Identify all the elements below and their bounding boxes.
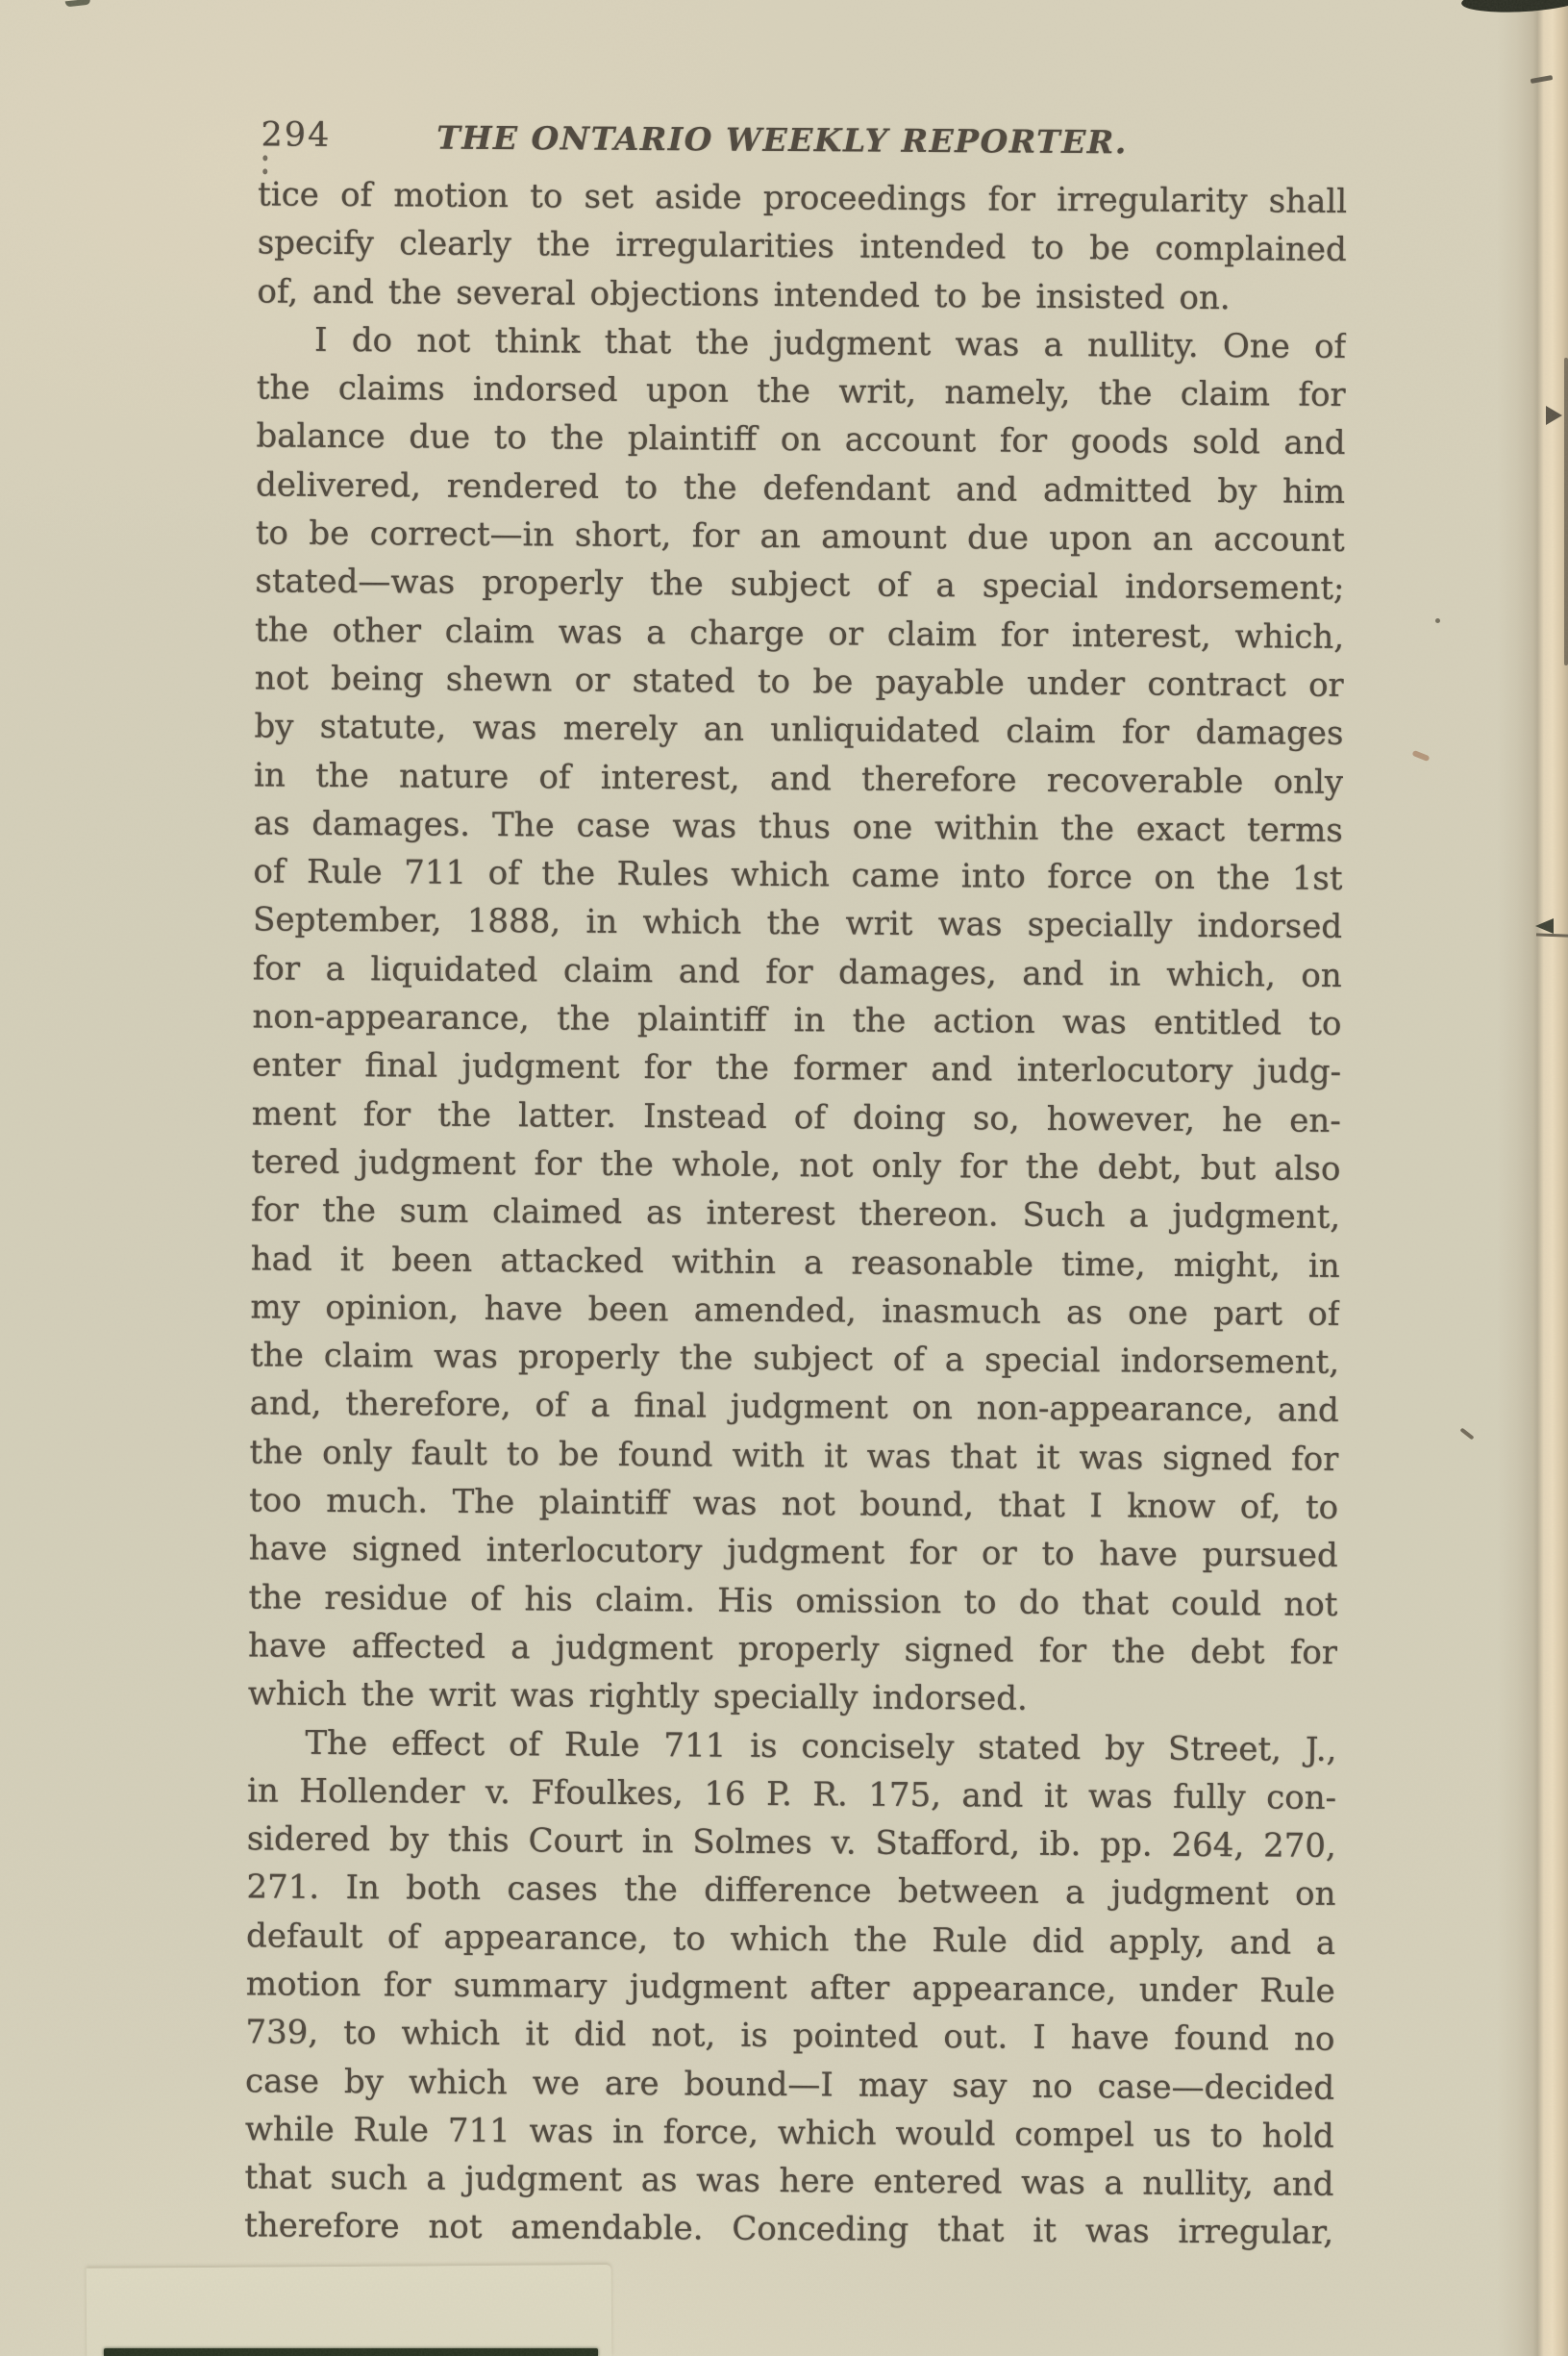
text-line: I do not think that the judgment was a n… bbox=[257, 315, 1346, 371]
text-line: that such a judgment as was here entered… bbox=[244, 2153, 1333, 2209]
text-line: have affected a judgment properly signed… bbox=[248, 1621, 1337, 1677]
page-edge-shadow bbox=[1497, 0, 1568, 2356]
text-line: sidered by this Court in Solmes v. Staff… bbox=[247, 1815, 1336, 1870]
text-line: enter final judgment for the former and … bbox=[252, 1041, 1341, 1097]
text-line: in Hollender v. Ffoulkes, 16 P. R. 175, … bbox=[247, 1767, 1336, 1822]
text-line: non-appearance, the plaintiff in the act… bbox=[252, 992, 1341, 1048]
page-edge-line bbox=[1564, 358, 1568, 665]
text-line: the claim was properly the subject of a … bbox=[250, 1331, 1339, 1387]
printed-content: 294 THE ONTARIO WEEKLY REPORTER. tice of… bbox=[0, 0, 1568, 2356]
running-title: THE ONTARIO WEEKLY REPORTER. bbox=[258, 117, 1306, 162]
text-line: of Rule 711 of the Rules which came into… bbox=[253, 847, 1342, 903]
underlying-page-edge bbox=[87, 2265, 612, 2356]
text-line: by statute, was merely an unliquidated c… bbox=[254, 703, 1343, 759]
scanned-book-page-screenshot: { "page": { "number": "294", "title": "T… bbox=[0, 0, 1568, 2356]
book-page: 294 THE ONTARIO WEEKLY REPORTER. tice of… bbox=[0, 0, 1568, 2356]
text-line: for a liquidated claim and for damages, … bbox=[253, 944, 1342, 1000]
text-line: and, therefore, of a final judgment on n… bbox=[250, 1380, 1339, 1436]
text-line: my opinion, have been amended, inasmuch … bbox=[250, 1283, 1339, 1339]
text-line: delivered, rendered to the defendant and… bbox=[256, 461, 1345, 516]
text-line: the claims indorsed upon the writ, namel… bbox=[257, 364, 1346, 420]
text-line: ment for the latter. Instead of doing so… bbox=[252, 1090, 1341, 1145]
text-line: 739, to which it did not, is pointed out… bbox=[245, 2009, 1334, 2065]
text-line: while Rule 711 was in force, which would… bbox=[245, 2105, 1334, 2161]
text-line: default of appearance, to which the Rule… bbox=[246, 1912, 1335, 1968]
text-line: not being shewn or stated to be payable … bbox=[255, 654, 1344, 710]
text-line: of, and the several objections intended … bbox=[257, 267, 1346, 323]
text-line: tice of motion to set aside proceedings … bbox=[258, 170, 1347, 226]
text-line: case by which we are bound—I may say no … bbox=[245, 2057, 1334, 2113]
text-line: stated—was properly the subject of a spe… bbox=[255, 558, 1344, 614]
text-line: 271. In both cases the difference betwee… bbox=[246, 1864, 1335, 1919]
paragraph: tice of motion to set aside proceedings … bbox=[257, 170, 1347, 322]
text-line: tered judgment for the whole, not only f… bbox=[251, 1138, 1340, 1193]
text-line: had it been attacked within a reasonable… bbox=[251, 1235, 1340, 1291]
ink-speck bbox=[262, 155, 267, 161]
text-line: balance due to the plaintiff on account … bbox=[256, 413, 1345, 468]
text-line: the other claim was a charge or claim fo… bbox=[255, 606, 1344, 662]
text-line: therefore not amendable. Conceding that … bbox=[244, 2202, 1333, 2258]
text-line: for the sum claimed as interest thereon.… bbox=[251, 1187, 1340, 1242]
text-line: the only fault to be found with it was t… bbox=[249, 1428, 1338, 1484]
text-line: The effect of Rule 711 is concisely stat… bbox=[247, 1718, 1336, 1774]
text-line: in the nature of interest, and therefore… bbox=[254, 751, 1343, 807]
text-line: motion for summary judgment after appear… bbox=[246, 1960, 1335, 2016]
paragraph: The effect of Rule 711 is concisely stat… bbox=[244, 1718, 1337, 2258]
text-line: the residue of his claim. His omission t… bbox=[248, 1573, 1337, 1629]
text-line: too much. The plaintiff was not bound, t… bbox=[249, 1476, 1338, 1532]
text-line: which the writ was rightly specially ind… bbox=[248, 1670, 1337, 1726]
text-line: to be correct—in short, for an amount du… bbox=[256, 509, 1345, 564]
text-line: September, 1888, in which the writ was s… bbox=[253, 896, 1342, 952]
text-line: specify clearly the irregularities inten… bbox=[258, 219, 1347, 275]
text-line: as damages. The case was thus one within… bbox=[254, 799, 1343, 855]
book-cover-edge bbox=[104, 2348, 598, 2356]
text-line: have signed interlocutory judgment for o… bbox=[249, 1525, 1338, 1581]
paragraph: I do not think that the judgment was a n… bbox=[248, 315, 1347, 1725]
body-text: tice of motion to set aside proceedings … bbox=[244, 170, 1347, 2257]
